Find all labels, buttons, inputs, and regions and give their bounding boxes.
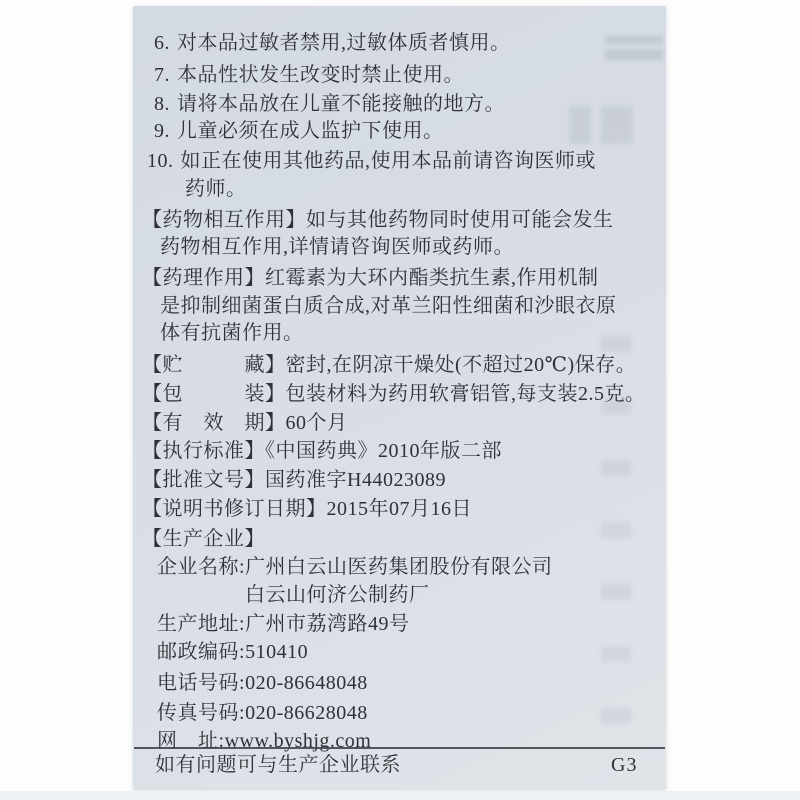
field-value: 包装材料为药用软膏铝管,每支装2.5克。: [286, 383, 646, 405]
footer-note: 如有问题可与生产企业联系: [155, 753, 401, 778]
precaution-text: 本品性状发生改变时禁止使用。: [177, 64, 464, 86]
detail-label: 生产地址:: [157, 613, 245, 635]
detail-value: 510410: [245, 641, 308, 663]
revision-date-field: 【说明书修订日期】2015年07月16日: [142, 497, 472, 522]
precaution-text: 如正在使用其他药品,使用本品前请咨询医师或: [181, 150, 597, 172]
detail-value: 020-86648048: [245, 672, 368, 694]
footer-divider: [134, 747, 665, 749]
detail-label: 企业名称:: [157, 556, 245, 578]
bleed-through-ghost-mid: [569, 106, 643, 144]
field-value: 《中国药典》2010年版二部: [265, 440, 502, 462]
section-label: 【药理作用】: [142, 267, 265, 289]
postcode-row: 邮政编码:510410: [157, 640, 308, 665]
precaution-item-10: 10.如正在使用其他药品,使用本品前请咨询医师或: [147, 149, 596, 174]
photographed-leaflet: 6.对本品过敏者禁用,过敏体质者慎用。 7.本品性状发生改变时禁止使用。 8.请…: [0, 0, 800, 800]
field-label: 【执行标准】: [142, 440, 265, 462]
field-label: 【有 效 期】: [142, 412, 286, 434]
section-text: 如与其他药物同时使用可能会发生: [306, 209, 614, 231]
drug-interactions-line-2: 药物相互作用,详情请咨询医师或药师。: [160, 235, 514, 260]
pharmacology-line-2: 是抑制细菌蛋白质合成,对革兰阳性细菌和沙眼衣原: [160, 294, 617, 319]
precaution-text: 儿童必须在成人监护下使用。: [177, 120, 444, 142]
field-value: 2015年07月16日: [327, 498, 473, 520]
validity-field: 【有 效 期】60个月: [142, 411, 348, 436]
field-label: 【生产企业】: [142, 528, 265, 550]
standard-field: 【执行标准】《中国药典》2010年版二部: [142, 439, 502, 464]
fax-row: 传真号码:020-86628048: [157, 701, 368, 726]
precaution-number: 6.: [154, 31, 170, 56]
manufacturer-heading: 【生产企业】: [142, 527, 265, 552]
detail-value: 广州市荔湾路49号: [245, 613, 410, 635]
section-text: 体有抗菌作用。: [160, 322, 304, 344]
package-insert-page: 6.对本品过敏者禁用,过敏体质者慎用。 7.本品性状发生改变时禁止使用。 8.请…: [133, 6, 666, 790]
precaution-text: 药师。: [185, 178, 247, 200]
precaution-item-8: 8.请将本品放在儿童不能接触的地方。: [154, 92, 505, 117]
approval-number-field: 【批准文号】国药准字H44023089: [142, 468, 446, 493]
field-label: 【包 装】: [142, 383, 286, 405]
precaution-number: 7.: [154, 63, 170, 88]
field-value: 60个月: [286, 412, 348, 434]
drug-interactions-line-1: 【药物相互作用】如与其他药物同时使用可能会发生: [142, 208, 614, 233]
address-row: 生产地址:广州市荔湾路49号: [157, 612, 410, 637]
precaution-item-7: 7.本品性状发生改变时禁止使用。: [154, 63, 464, 88]
section-text: 药物相互作用,详情请咨询医师或药师。: [160, 236, 514, 258]
packaging-field: 【包 装】包装材料为药用软膏铝管,每支装2.5克。: [142, 382, 646, 407]
precaution-text: 对本品过敏者禁用,过敏体质者慎用。: [177, 32, 511, 54]
field-value: 国药准字H44023089: [265, 469, 446, 491]
precaution-number: 10.: [147, 149, 174, 174]
detail-label: 传真号码:: [157, 702, 245, 724]
website-row: 网 址:www.byshjg.com: [157, 729, 371, 754]
detail-value: 020-86628048: [245, 702, 368, 724]
detail-value: 广州白云山医药集团股份有限公司: [245, 556, 553, 578]
company-name-row: 企业名称:广州白云山医药集团股份有限公司: [157, 555, 553, 580]
precaution-text: 请将本品放在儿童不能接触的地方。: [177, 93, 505, 115]
page-code: G3: [611, 753, 637, 778]
field-label: 【贮 藏】: [142, 354, 286, 376]
section-text: 红霉素为大环内酯类抗生素,作用机制: [265, 267, 599, 289]
bleed-through-ghost-top: [605, 36, 663, 64]
precaution-item-6: 6.对本品过敏者禁用,过敏体质者慎用。: [154, 31, 511, 56]
pharmacology-line-1: 【药理作用】红霉素为大环内酯类抗生素,作用机制: [142, 266, 599, 291]
precaution-number: 9.: [154, 119, 170, 144]
field-label: 【说明书修订日期】: [142, 498, 327, 520]
photo-edge-strip: [0, 791, 800, 800]
phone-row: 电话号码:020-86648048: [157, 671, 368, 696]
section-label: 【药物相互作用】: [142, 209, 306, 231]
precaution-item-9: 9.儿童必须在成人监护下使用。: [154, 119, 444, 144]
field-label: 【批准文号】: [142, 469, 265, 491]
pharmacology-line-3: 体有抗菌作用。: [160, 321, 304, 346]
section-text: 是抑制细菌蛋白质合成,对革兰阳性细菌和沙眼衣原: [160, 295, 617, 317]
company-name-continuation: 白云山何济公制药厂: [245, 583, 430, 608]
detail-label: 电话号码:: [157, 672, 245, 694]
storage-field: 【贮 藏】密封,在阴凉干燥处(不超过20℃)保存。: [142, 353, 636, 378]
precaution-number: 8.: [154, 92, 170, 117]
field-value: 密封,在阴凉干燥处(不超过20℃)保存。: [286, 354, 637, 376]
detail-label: 邮政编码:: [157, 641, 245, 663]
precaution-item-10-continuation: 药师。: [185, 177, 247, 202]
detail-value: 白云山何济公制药厂: [245, 584, 430, 606]
